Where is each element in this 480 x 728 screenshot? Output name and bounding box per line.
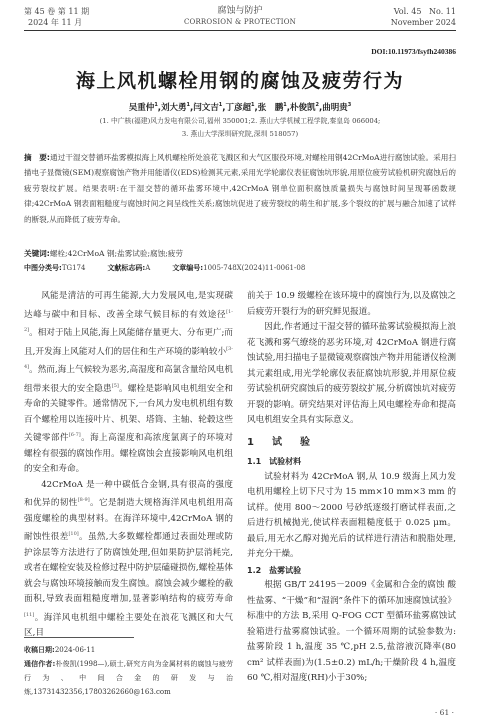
author-name: 吴重仲 (129, 103, 155, 113)
paragraph: 42CrMoA 是一种中碳低合金钢,具有很高的强度和优异的韧性[8-9]。它是制… (24, 478, 233, 642)
citation-ref[interactable]: [10] (68, 531, 78, 537)
citation-ref[interactable]: [8-9] (78, 497, 90, 503)
section-heading-1-1: 1.1 试验材料 (247, 454, 456, 470)
paragraph: 根据 GB/T 24195－2009《金属和合金的腐蚀 酸性盐雾、“干燥”和“湿… (247, 578, 456, 687)
keywords-label: 关键词: (24, 249, 50, 258)
affiliation-line-1: (1. 中广核(福建)风力发电有限公司,福州 350001;2. 燕山大学机械工… (0, 115, 480, 125)
author-name: 曲明贵 (322, 103, 348, 113)
article-no-label: 文章编号: (172, 264, 203, 272)
volume-issue-en: Vol. 45 No. 11 (391, 6, 456, 17)
citation-ref[interactable]: [5] (112, 383, 119, 389)
paragraph: 试验材料为 42CrMoA 钢,从 10.9 级海上风力发电机用螺栓上切下尺寸为… (247, 470, 456, 563)
keywords-text: 螺栓;42CrMoA 钢;盐雾试验;腐蚀;疲劳 (50, 249, 183, 258)
body-column-left: 风能是清洁的可再生能源,大力发展风电,是实现碳达峰与碳中和目标、改善全球气候目标… (24, 289, 233, 642)
corresponding-author: 通信作者:朴俊凯(1998—),硕士,研究方向为金属材料的腐蚀与疲劳行为、中间合… (24, 657, 233, 699)
doc-code-value: A (145, 264, 150, 272)
affiliation-mark: 2 (315, 102, 318, 108)
paragraph: 风能是清洁的可再生能源,大力发展风电,是实现碳达峰与碳中和目标、改善全球气候目标… (24, 289, 233, 478)
abstract-label: 摘 要: (24, 153, 50, 162)
affiliation-mark: 1 (219, 102, 222, 108)
affiliation-line-2: 3. 燕山大学深圳研究院,深圳 518057) (0, 128, 480, 138)
page-number: · 61 · (435, 708, 454, 717)
section-heading-1-2: 1.2 盐雾试验 (247, 563, 456, 579)
running-header-right: Vol. 45 No. 11 November 2024 (391, 6, 456, 28)
section-heading-1: 1 试 验 (247, 435, 456, 451)
footnote: 收稿日期:2024-06-11 通信作者:朴俊凯(1998—),硕士,研究方向为… (24, 643, 233, 699)
keywords: 关键词:螺栓;42CrMoA 钢;盐雾试验;腐蚀;疲劳 (24, 248, 183, 259)
author-name: 张 鹏 (258, 103, 284, 113)
clc-label: 中图分类号: (24, 264, 62, 272)
citation-ref[interactable]: [11] (24, 612, 34, 618)
affiliation-mark: 1 (154, 102, 157, 108)
abstract-text: 通过干湿交替循环盐雾模拟海上风机螺栓所处浪花飞溅区和大气区服役环境,对螺栓用钢4… (24, 153, 456, 224)
classification-line: 中图分类号:TG174文献标志码:A文章编号:1005-748X(2024)11… (24, 263, 305, 273)
affiliation-mark: 3 (348, 102, 351, 108)
author-list: 吴重仲1,刘大勇1,闫文吉1,丁彦超1,张 鹏1,朴俊凯2,曲明贵3 (0, 101, 480, 113)
author-name: 朴俊凯 (290, 103, 316, 113)
author-name: 刘大勇 (161, 103, 187, 113)
author-name: 闫文吉 (193, 103, 219, 113)
author-name: 丁彦超 (226, 103, 252, 113)
doc-code-label: 文献标志码: (107, 264, 145, 272)
body-column-right: 前关于 10.9 级螺栓在该环境中的腐蚀行为,以及腐蚀之后疲劳开裂行为的研究鲜见… (247, 289, 456, 687)
paragraph: 因此,作者通过干湿交替的循环盐雾试验模拟海上浪花飞溅和雾气缭绕的恶劣环境,对 4… (247, 320, 456, 429)
received-date: 收稿日期:2024-06-11 (24, 643, 233, 657)
article-no-value: 1005-748X(2024)11-0061-08 (203, 264, 305, 272)
footnote-rule (24, 637, 134, 638)
affiliation-mark: 1 (251, 102, 254, 108)
affiliation-mark: 1 (283, 102, 286, 108)
affiliation-mark: 1 (187, 102, 190, 108)
date-en: November 2024 (391, 17, 456, 28)
doi-link[interactable]: DOI:10.11973/fsyfh240386 (371, 47, 456, 56)
paper-title: 海上风机螺栓用钢的腐蚀及疲劳行为 (0, 66, 480, 93)
citation-ref[interactable]: [6-7] (69, 432, 81, 438)
clc-value: TG174 (62, 264, 86, 272)
paragraph: 前关于 10.9 级螺栓在该环境中的腐蚀行为,以及腐蚀之后疲劳开裂行为的研究鲜见… (247, 289, 456, 320)
abstract: 摘 要:通过干湿交替循环盐雾模拟海上风机螺栓所处浪花飞溅区和大气区服役环境,对螺… (24, 150, 456, 227)
header-rule (24, 30, 456, 31)
